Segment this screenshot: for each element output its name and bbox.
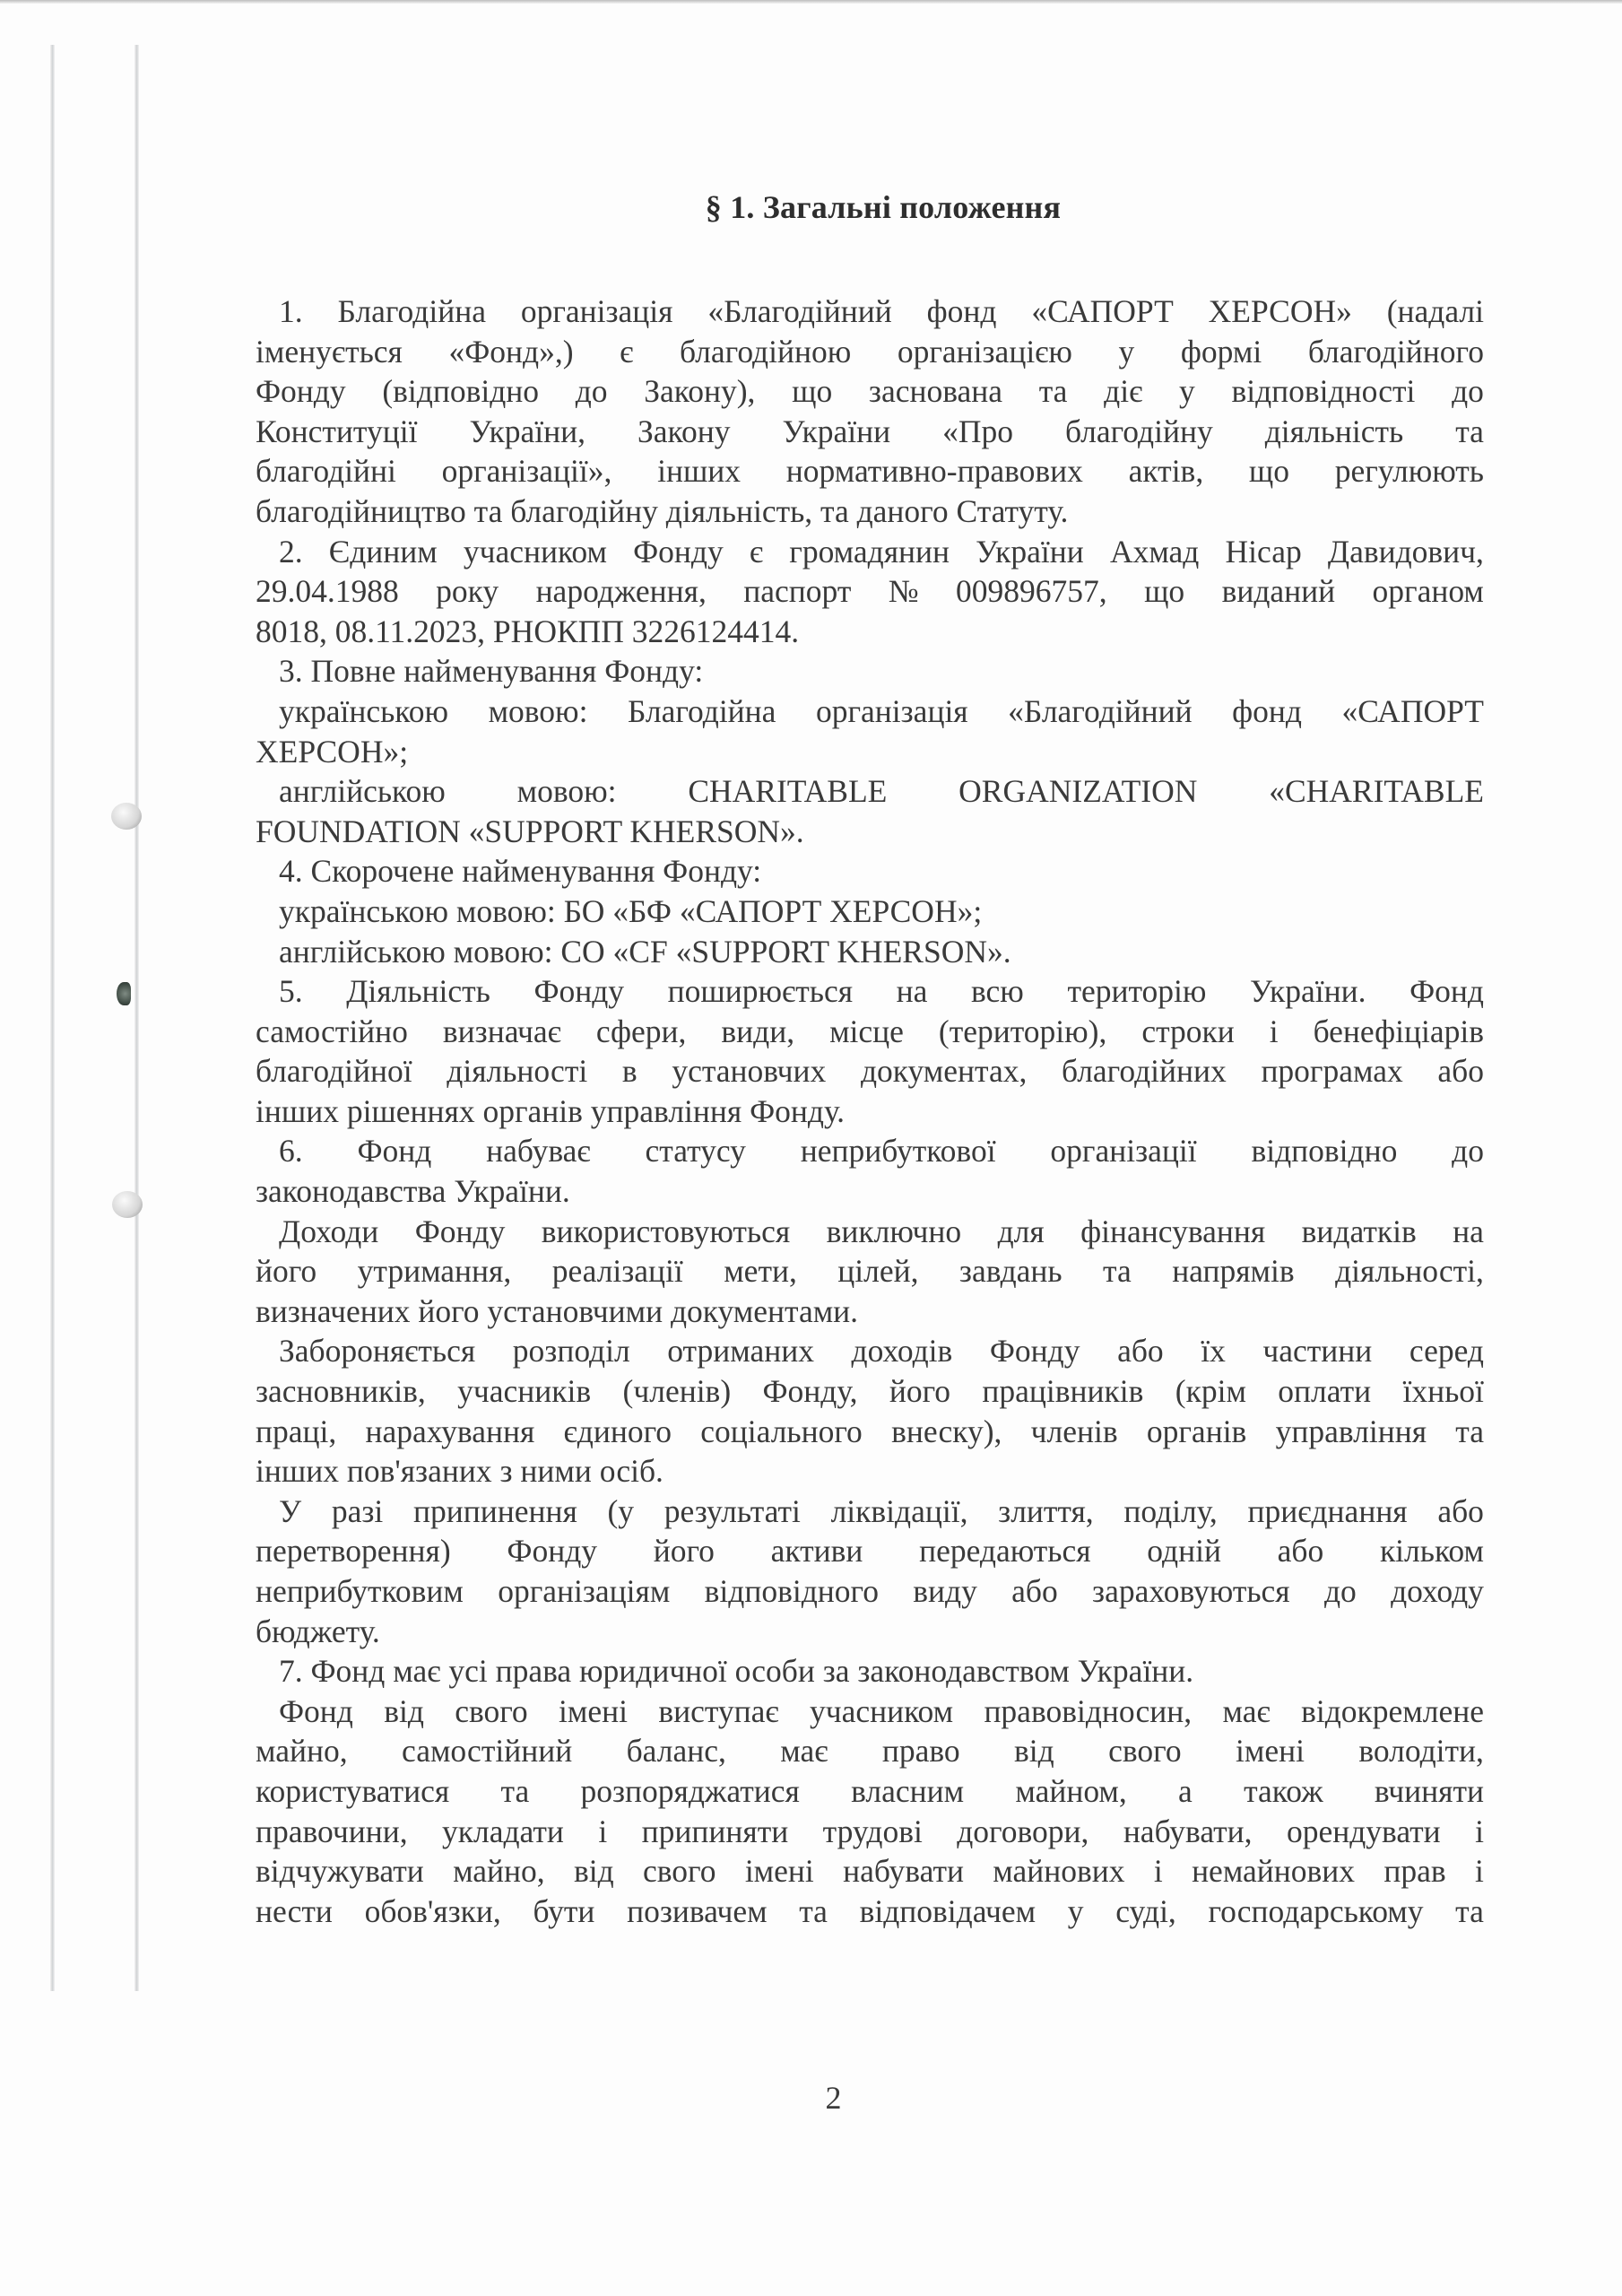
paragraph: 7. Фонд має усі права юридичної особи за… (256, 1651, 1484, 1692)
paragraph: 4. Скорочене найменування Фонду: (256, 851, 1484, 891)
text-line: 2.ЄдинимучасникомФондуєгромадянинУкраїни… (256, 532, 1484, 572)
paragraph: 3. Повне найменування Фонду: (256, 651, 1484, 691)
text-line: 29.04.1988рокународження,паспорт№0098967… (256, 571, 1484, 612)
punch-hole-icon (117, 982, 131, 1005)
text-line: неприбутковиморганізаціямвідповідноговид… (256, 1571, 1484, 1612)
text-line: нестиобов'язки,бутипозивачемтавідповідач… (256, 1892, 1484, 1932)
page-number: 2 (0, 2079, 1622, 2117)
text-line: ЗабороняєтьсярозподілотриманихдоходівФон… (256, 1331, 1484, 1371)
paragraph: ЗабороняєтьсярозподілотриманихдоходівФон… (256, 1331, 1484, 1491)
paragraph: 5.ДіяльністьФондупоширюєтьсянавсютеритор… (256, 971, 1484, 1131)
text-line: інших пов'язаних з ними осіб. (256, 1451, 1484, 1492)
text-line: бюджету. (256, 1612, 1484, 1652)
text-line: праці,нарахуванняєдиногосоціальноговнеск… (256, 1412, 1484, 1452)
paragraph: ДоходиФондувикористовуютьсявиключнодляфі… (256, 1212, 1484, 1332)
text-line: 5.ДіяльністьФондупоширюєтьсянавсютеритор… (256, 971, 1484, 1012)
text-line: засновників,учасників(членів)Фонду,йогоп… (256, 1371, 1484, 1412)
text-line: українськоюмовою:Благодійнаорганізація«Б… (256, 691, 1484, 732)
text-line: 6.Фонднабуваєстатусунеприбутковоїорганіз… (256, 1131, 1484, 1171)
text-line: Уразіприпинення(урезультатіліквідації,зл… (256, 1492, 1484, 1532)
text-line: перетворення)Фондуйогоактивипередаютьсяо… (256, 1531, 1484, 1571)
punch-hole-icon (112, 1191, 143, 1218)
text-line: Фонду(відповіднодоЗакону),щозаснованатад… (256, 371, 1484, 412)
paragraph: Уразіприпинення(урезультатіліквідації,зл… (256, 1492, 1484, 1651)
text-line: благодійництво та благодійну діяльність,… (256, 491, 1484, 532)
text-line: інших рішеннях органів управління Фонду. (256, 1091, 1484, 1132)
punch-hole-icon (111, 803, 142, 830)
text-line: англійською мовою: CO «CF «SUPPORT KHERS… (256, 932, 1484, 972)
paragraph: Фондвідсвогоіменівиступаєучасникомправов… (256, 1692, 1484, 1932)
paragraph: українськоюмовою:Благодійнаорганізація«Б… (256, 691, 1484, 771)
paragraph: 2.ЄдинимучасникомФондуєгромадянинУкраїни… (256, 532, 1484, 652)
document-page: § 1. Загальні положення 1.Благодійнаорга… (256, 188, 1484, 1931)
text-line: іменується«Фонд»,)єблагодійноюорганізаці… (256, 332, 1484, 372)
text-line: відчужуватимайно,відсвогоіменінабуватима… (256, 1851, 1484, 1892)
text-line: благодійноїдіяльностівустановчихдокумент… (256, 1051, 1484, 1091)
text-line: українською мовою: БО «БФ «САПОРТ ХЕРСОН… (256, 891, 1484, 932)
scan-binding-line-outer (50, 45, 55, 1991)
paragraph: 6.Фонднабуваєстатусунеприбутковоїорганіз… (256, 1131, 1484, 1211)
text-line: законодавства України. (256, 1171, 1484, 1212)
text-line: майно,самостійнийбаланс,маєправовідсвого… (256, 1731, 1484, 1771)
text-line: правочини,укладатиіприпинятитрудовідогов… (256, 1812, 1484, 1852)
text-line: 8018, 08.11.2023, РНОКПП 3226124414. (256, 612, 1484, 652)
paragraph: англійськоюмовою:CHARITABLEORGANIZATION«… (256, 771, 1484, 851)
document-body: 1.Благодійнаорганізація«Благодійнийфонд«… (256, 291, 1484, 1931)
text-line: 4. Скорочене найменування Фонду: (256, 851, 1484, 891)
section-title: § 1. Загальні положення (256, 188, 1484, 242)
text-line: англійськоюмовою:CHARITABLEORGANIZATION«… (256, 771, 1484, 812)
text-line: самостійновизначаєсфери,види,місце(терит… (256, 1012, 1484, 1052)
text-line: йогоутримання,реалізаціїмети,цілей,завда… (256, 1251, 1484, 1291)
text-line: благодійніорганізації»,іншихнормативно-п… (256, 451, 1484, 491)
scan-top-edge (0, 0, 1622, 4)
text-line: 7. Фонд має усі права юридичної особи за… (256, 1651, 1484, 1692)
scan-binding-line-inner (134, 45, 139, 1991)
text-line: ХЕРСОН»; (256, 732, 1484, 772)
paragraph: українською мовою: БО «БФ «САПОРТ ХЕРСОН… (256, 891, 1484, 932)
text-line: ДоходиФондувикористовуютьсявиключнодляфі… (256, 1212, 1484, 1252)
text-line: FOUNDATION «SUPPORT KHERSON». (256, 812, 1484, 852)
text-line: КонституціїУкраїни,ЗаконуУкраїни«Проблаг… (256, 412, 1484, 452)
text-line: 3. Повне найменування Фонду: (256, 651, 1484, 691)
paragraph: 1.Благодійнаорганізація«Благодійнийфонд«… (256, 291, 1484, 532)
text-line: Фондвідсвогоіменівиступаєучасникомправов… (256, 1692, 1484, 1732)
paragraph: англійською мовою: CO «CF «SUPPORT KHERS… (256, 932, 1484, 972)
text-line: визначених його установчими документами. (256, 1291, 1484, 1332)
text-line: користуватисятарозпоряджатисявласниммайн… (256, 1771, 1484, 1812)
text-line: 1.Благодійнаорганізація«Благодійнийфонд«… (256, 291, 1484, 332)
